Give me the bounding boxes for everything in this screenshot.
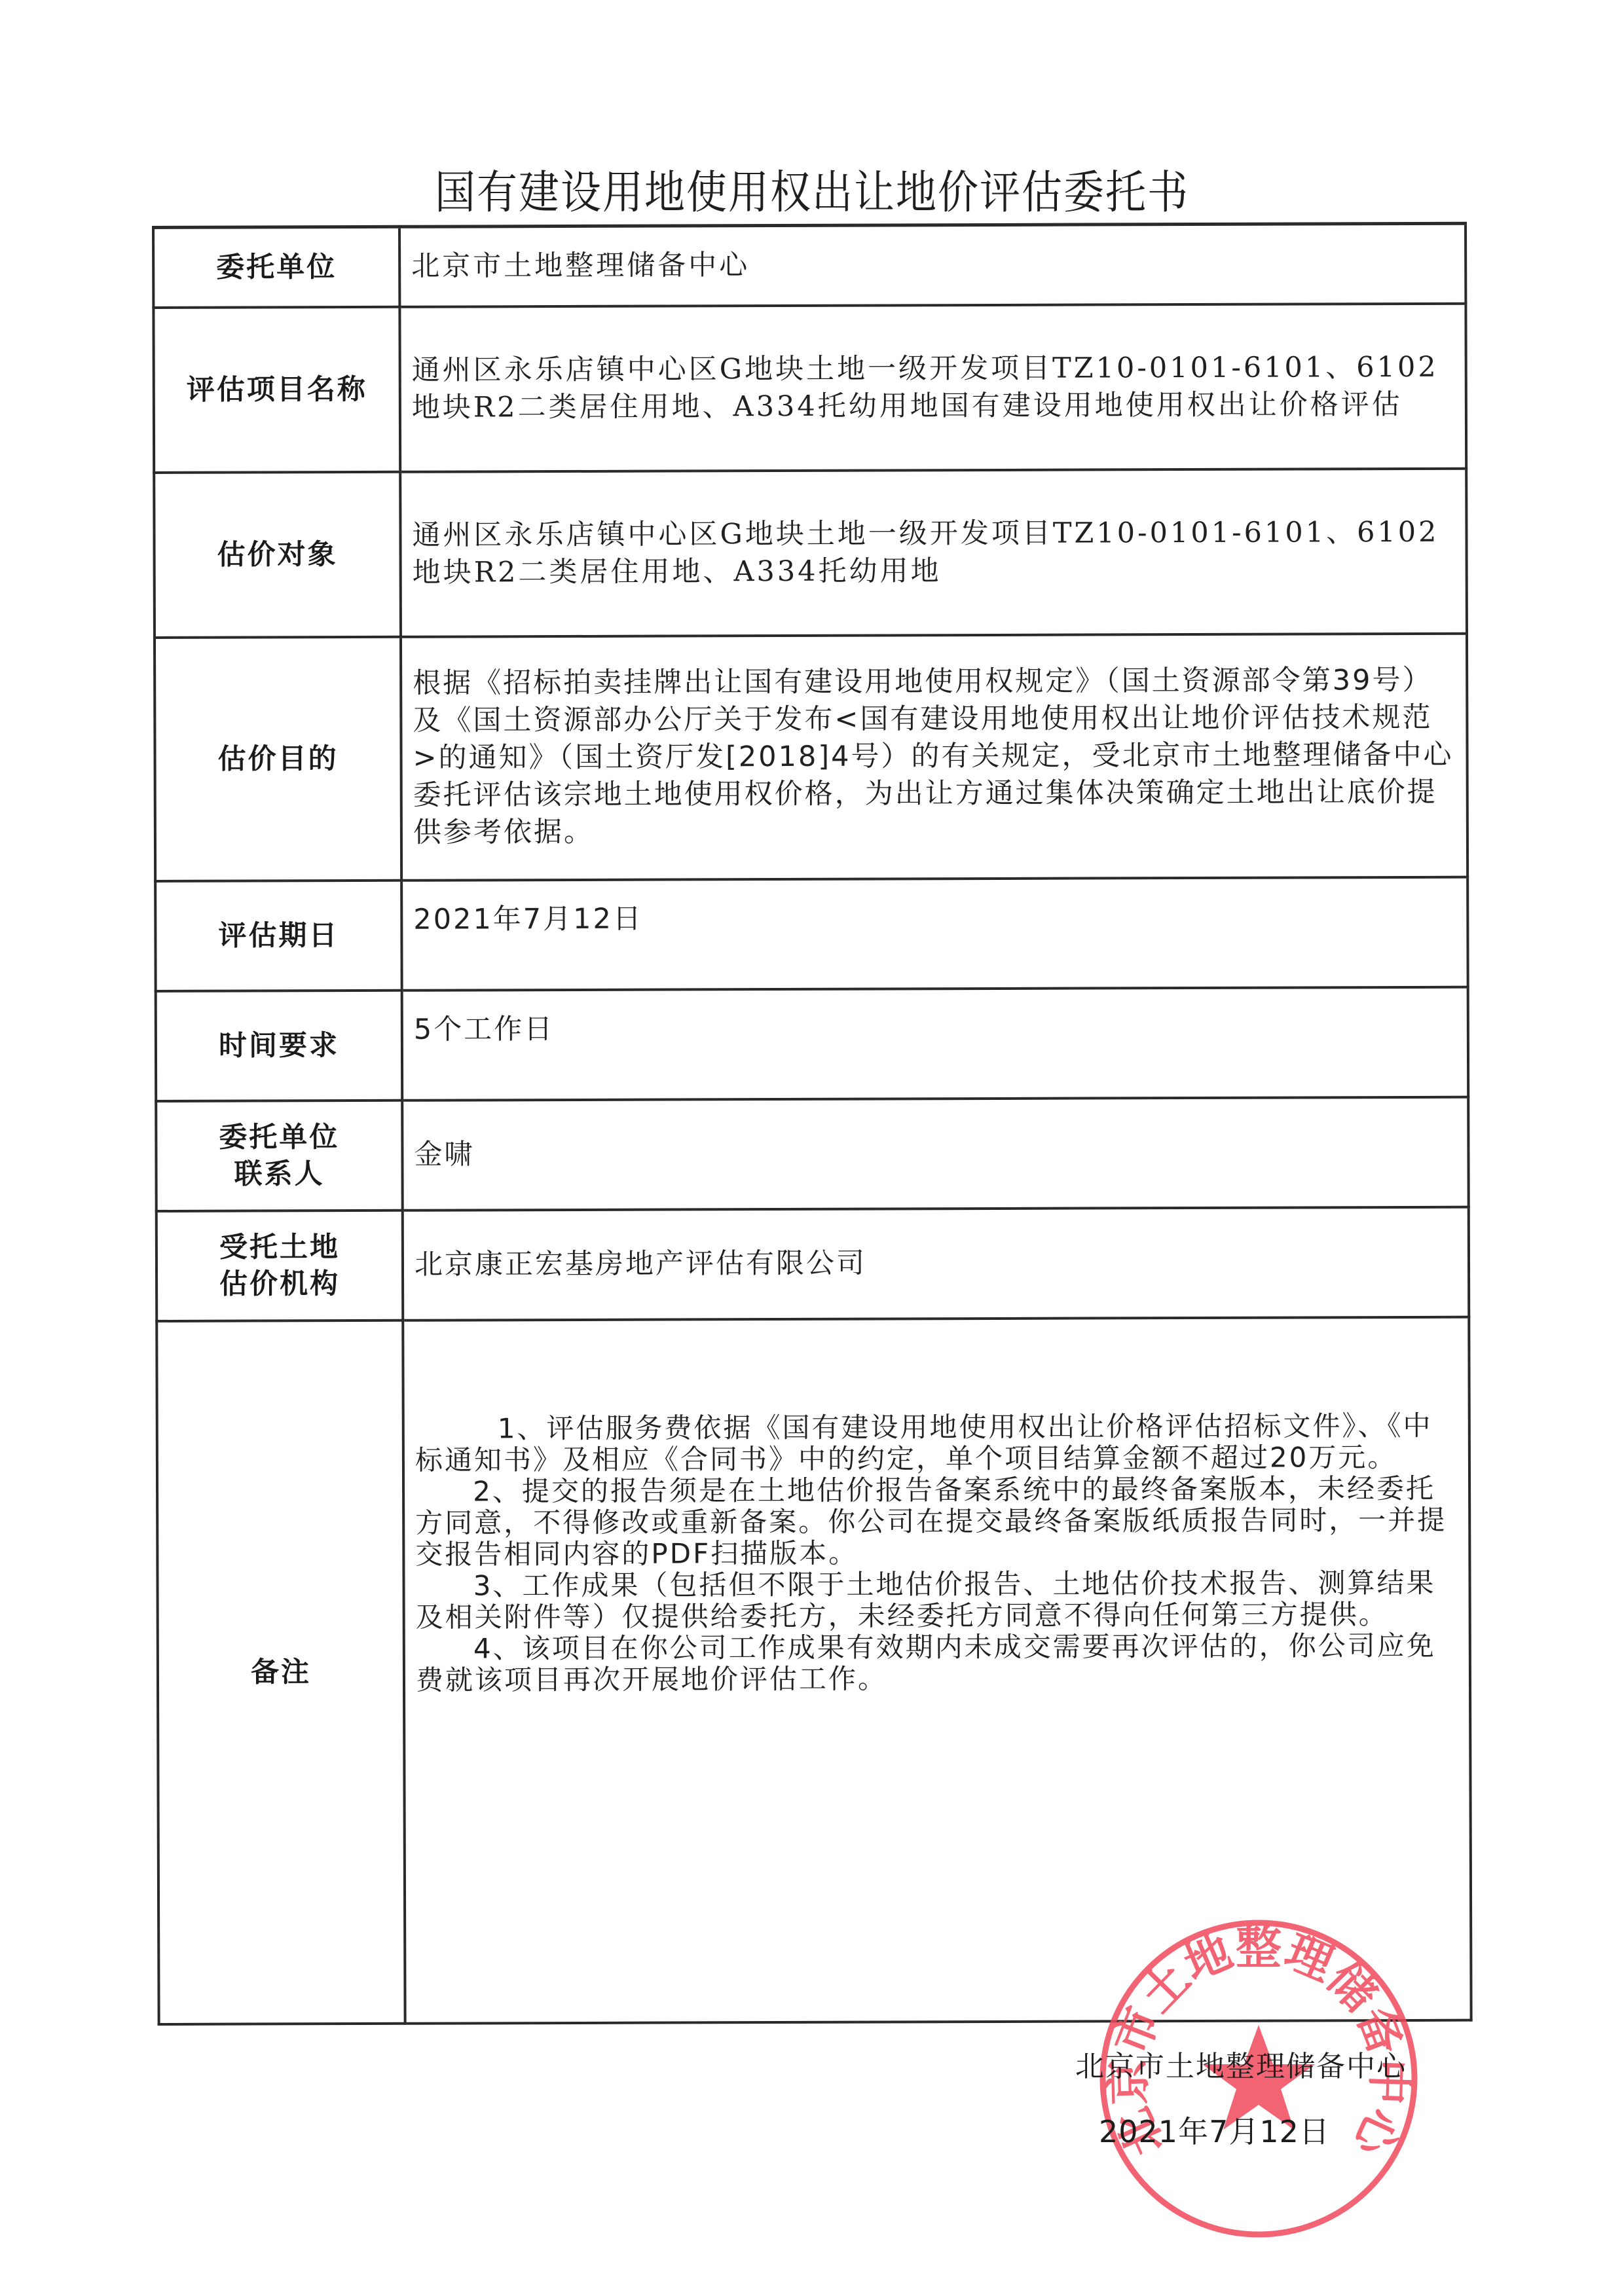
value-remarks: 1、评估服务费依据《国有建设用地使用权出让价格评估招标文件》、《中标通知书》及相… (403, 1317, 1471, 2023)
label-client: 委托单位 (153, 227, 399, 307)
label-client-contact-line1: 委托单位 (157, 1118, 401, 1156)
table-row: 评估项目名称 通州区永乐店镇中心区G地块土地一级开发项目TZ10-0101-61… (153, 303, 1466, 472)
label-time-requirement: 时间要求 (156, 990, 403, 1101)
value-valuation-purpose: 根据《招标拍卖挂牌出让国有建设用地使用权规定》（国土资源部令第39号）及《国土资… (401, 633, 1467, 880)
value-client-contact: 金啸 (402, 1097, 1469, 1210)
document-page: 国有建设用地使用权出让地价评估委托书 委托单位 北京市土地整理储备中心 评估项目… (0, 0, 1624, 2296)
value-project-name: 通州区永乐店镇中心区G地块土地一级开发项目TZ10-0101-6101、6102… (399, 303, 1466, 471)
value-client: 北京市土地整理储备中心 (399, 223, 1466, 306)
label-client-contact: 委托单位 联系人 (156, 1100, 403, 1211)
document-title: 国有建设用地使用权出让地价评估委托书 (0, 156, 1624, 221)
table-row: 委托单位 北京市土地整理储备中心 (153, 223, 1466, 307)
label-valuation-date: 评估期日 (155, 880, 402, 991)
label-valuation-purpose: 估价目的 (155, 636, 401, 881)
label-valuation-object: 估价对象 (154, 471, 401, 637)
table-row: 时间要求 5个工作日 (156, 987, 1469, 1101)
signature-date: 2021年7月12日 (1099, 2108, 1330, 2151)
table-row: 估价目的 根据《招标拍卖挂牌出让国有建设用地使用权规定》（国土资源部令第39号）… (155, 633, 1467, 881)
remarks-list: 1、评估服务费依据《国有建设用地使用权出让价格评估招标文件》、《中标通知书》及相… (415, 1410, 1457, 1696)
table-row: 委托单位 联系人 金啸 (156, 1097, 1469, 1211)
table-row: 评估期日 2021年7月12日 (155, 877, 1468, 991)
value-appraisal-agency: 北京康正宏基房地产评估有限公司 (403, 1207, 1469, 1320)
value-valuation-object: 通州区永乐店镇中心区G地块土地一级开发项目TZ10-0101-6101、6102… (400, 468, 1467, 636)
remark-item-2: 2、提交的报告须是在土地估价报告备案系统中的最终备案版本，未经委托方同意，不得修… (415, 1472, 1456, 1570)
entrustment-form-table: 委托单位 北京市土地整理储备中心 评估项目名称 通州区永乐店镇中心区G地块土地一… (152, 222, 1473, 2026)
label-appraisal-agency-line2: 估价机构 (158, 1265, 401, 1302)
value-valuation-date: 2021年7月12日 (401, 877, 1468, 990)
table-row: 备注 1、评估服务费依据《国有建设用地使用权出让价格评估招标文件》、《中标通知书… (157, 1317, 1471, 2024)
label-remarks: 备注 (157, 1320, 405, 2024)
remark-item-3: 3、工作成果（包括但不限于土地估价报告、土地估价技术报告、测算结果及相关附件等）… (415, 1567, 1456, 1633)
remark-item-1: 1、评估服务费依据《国有建设用地使用权出让价格评估招标文件》、《中标通知书》及相… (415, 1410, 1456, 1476)
remark-item-4: 4、该项目在你公司工作成果有效期内未成交需要再次评估的，你公司应免费就该项目再次… (416, 1630, 1457, 1696)
value-time-requirement: 5个工作日 (402, 987, 1469, 1100)
label-client-contact-line2: 联系人 (157, 1155, 401, 1192)
label-appraisal-agency: 受托土地 估价机构 (157, 1210, 403, 1321)
signature-organization: 北京市土地整理储备中心 (1075, 2043, 1407, 2085)
table-row: 受托土地 估价机构 北京康正宏基房地产评估有限公司 (157, 1207, 1469, 1321)
label-appraisal-agency-line1: 受托土地 (158, 1228, 401, 1266)
table-row: 估价对象 通州区永乐店镇中心区G地块土地一级开发项目TZ10-0101-6101… (154, 468, 1467, 637)
label-project-name: 评估项目名称 (153, 306, 400, 472)
